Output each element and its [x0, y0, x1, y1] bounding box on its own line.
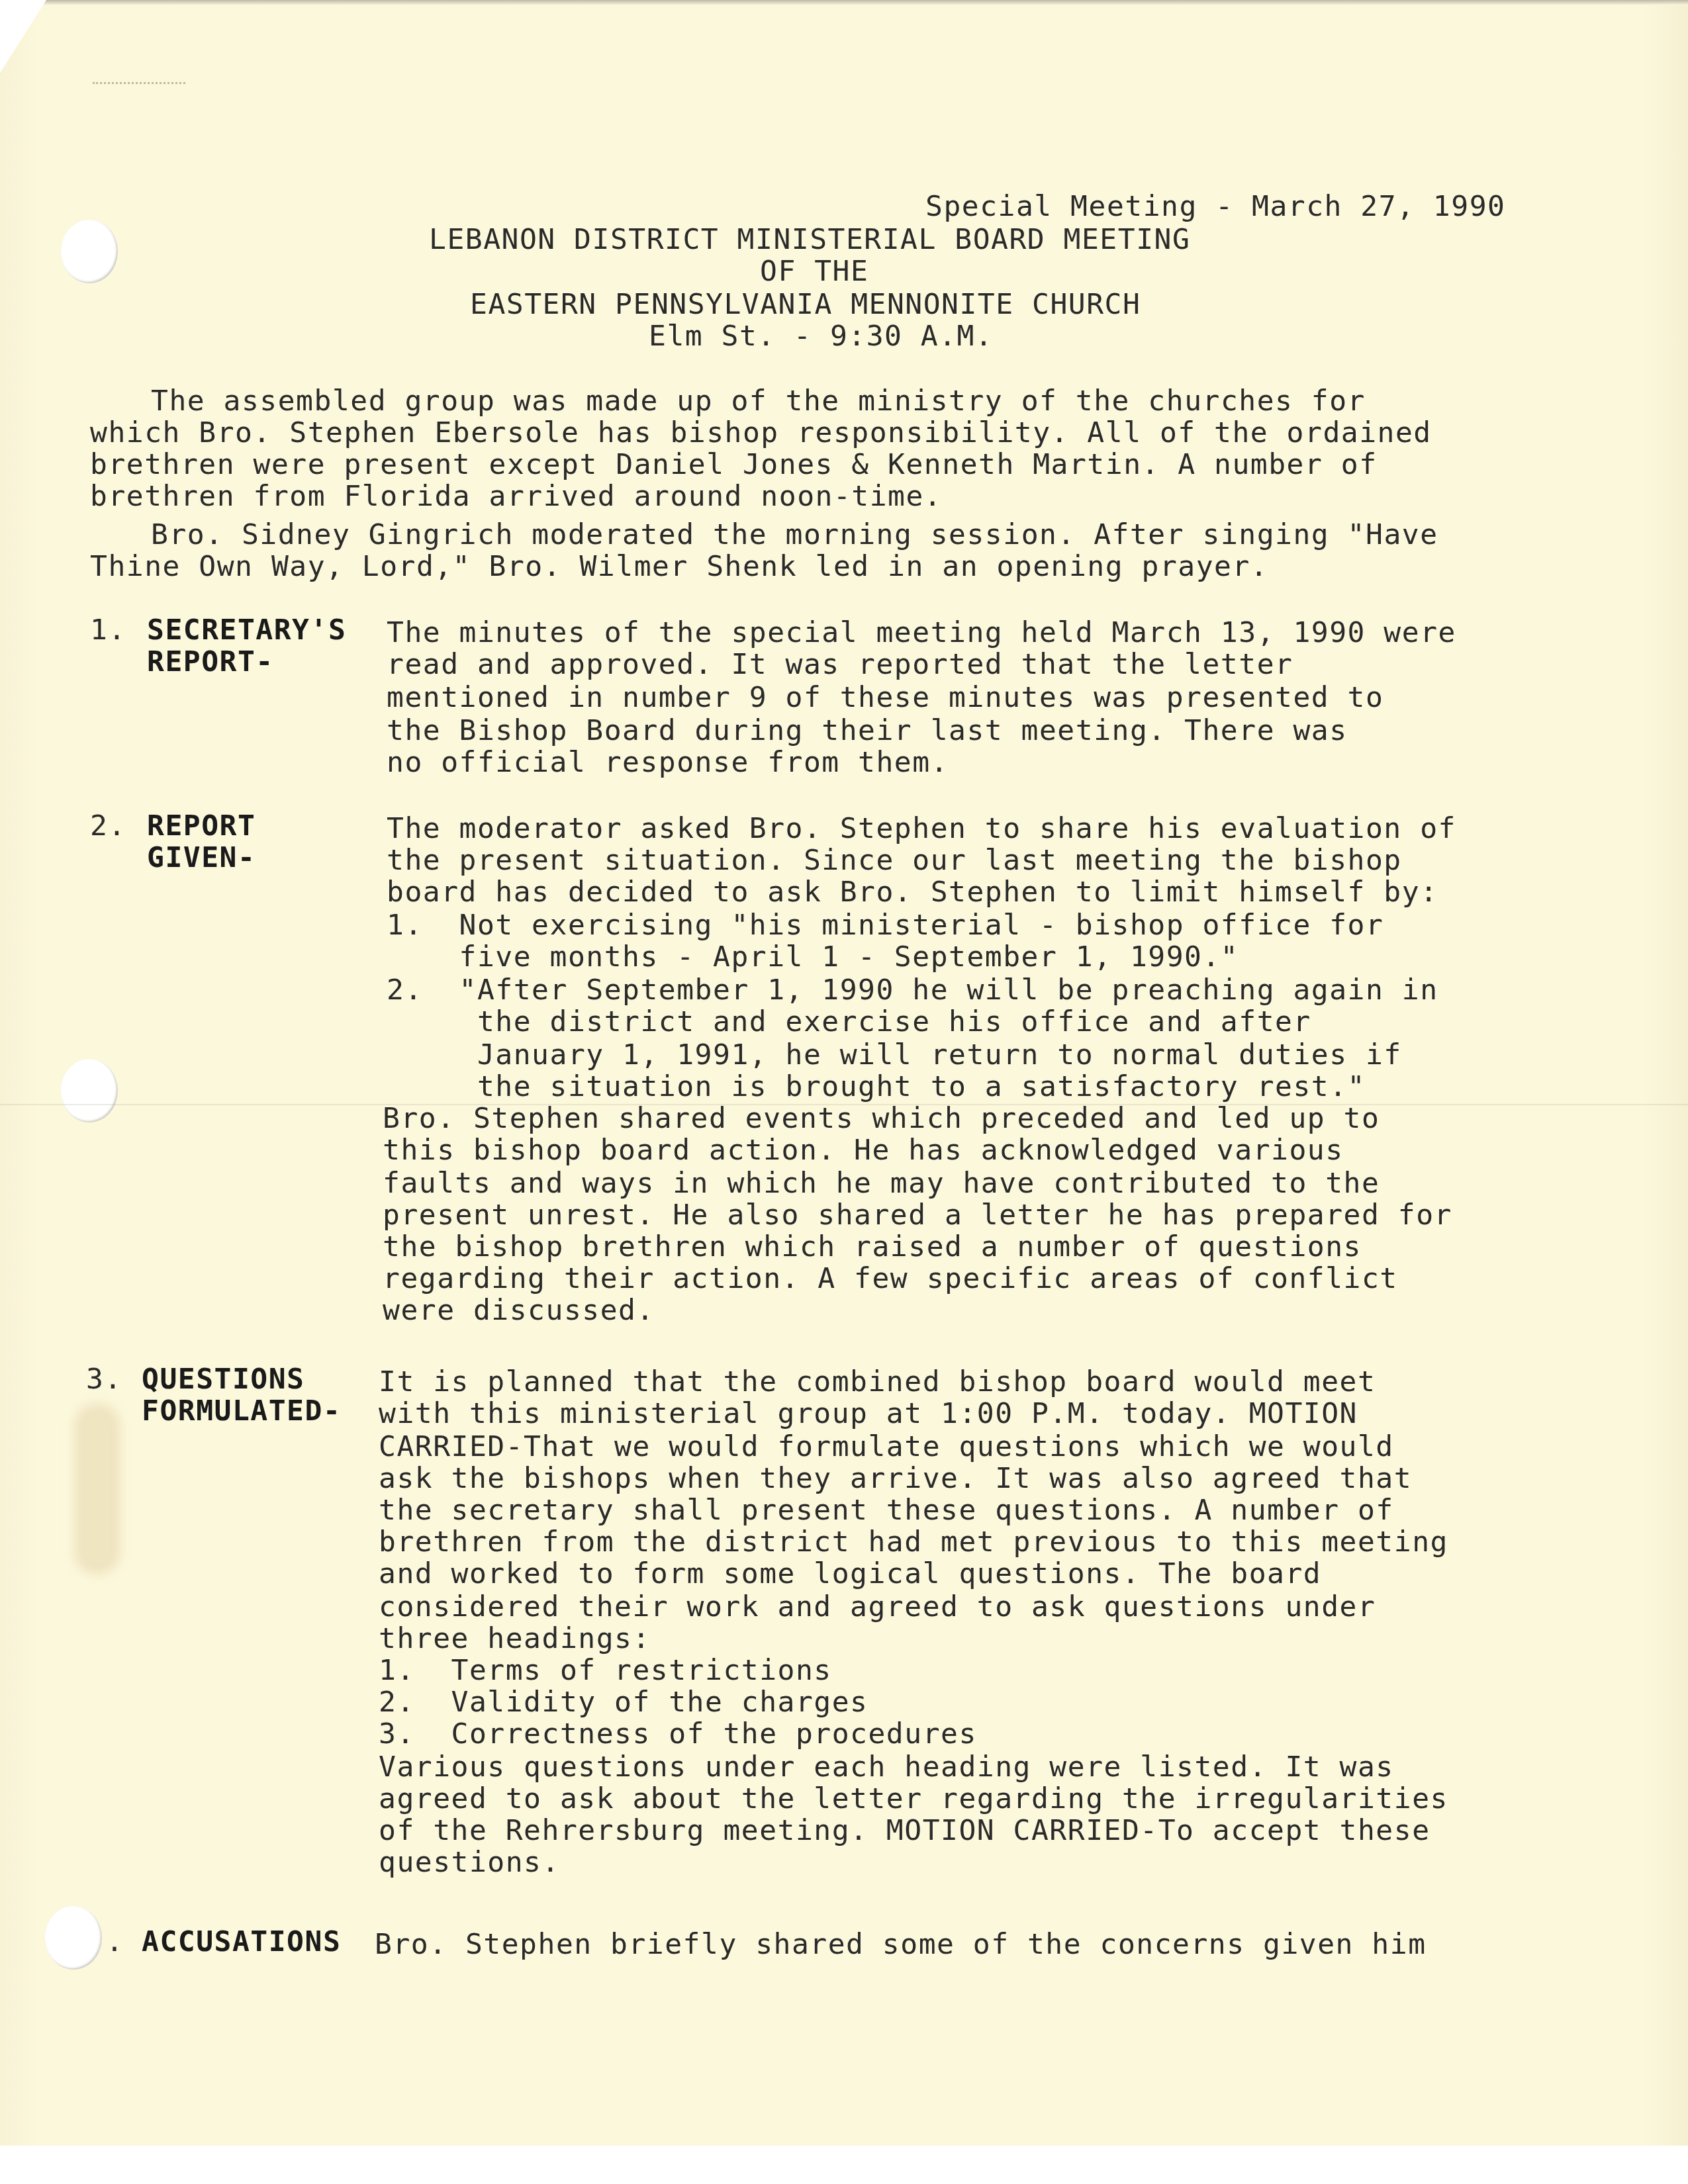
section-3-line: brethren from the district had met previ… — [379, 1526, 1448, 1558]
section-3-line: ask the bishops when they arrive. It was… — [379, 1463, 1412, 1494]
intro-line: The assembled group was made up of the m… — [151, 385, 1366, 417]
title-line-1: LEBANON DISTRICT MINISTERIAL BOARD MEETI… — [429, 224, 1190, 255]
section-3-number: 3. — [86, 1363, 122, 1395]
section-1-line: no official response from them. — [387, 747, 949, 778]
folded-corner — [0, 0, 46, 73]
section-3-line: the secretary shall present these questi… — [379, 1494, 1394, 1526]
section-3-heading: FORMULATED- — [142, 1395, 341, 1427]
intro-line: Bro. Sidney Gingrich moderated the morni… — [151, 519, 1438, 551]
section-1-line: read and approved. It was reported that … — [387, 649, 1293, 680]
section-2-line: present unrest. He also shared a letter … — [383, 1199, 1452, 1231]
section-2-line: the district and exercise his office and… — [387, 1006, 1311, 1038]
section-2-heading: GIVEN- — [147, 842, 256, 874]
section-4-heading: ACCUSATIONS — [142, 1926, 341, 1958]
section-3-list-item: 3. Correctness of the procedures — [379, 1718, 977, 1750]
page-top-edge — [0, 0, 1688, 5]
section-1-heading: SECRETARY'S — [147, 614, 346, 646]
section-3-list-item: 2. Validity of the charges — [379, 1686, 868, 1718]
section-2-line: 1. Not exercising "his ministerial - bis… — [387, 909, 1383, 941]
section-2-number: 2. — [90, 810, 126, 842]
section-3-line: agreed to ask about the letter regarding… — [379, 1783, 1448, 1815]
section-2-line: the situation is brought to a satisfacto… — [387, 1071, 1366, 1103]
title-line-4: Elm St. - 9:30 A.M. — [649, 320, 993, 352]
section-3-line: with this ministerial group at 1:00 P.M.… — [379, 1398, 1358, 1430]
intro-line: which Bro. Stephen Ebersole has bishop r… — [90, 417, 1432, 449]
section-2-heading: REPORT — [147, 810, 256, 842]
section-3-line: Various questions under each heading wer… — [379, 1751, 1394, 1783]
section-1-number: 1. — [90, 614, 126, 646]
punch-hole-bottom — [45, 1906, 102, 1970]
paper-stain — [74, 1403, 120, 1575]
meeting-date-line: Special Meeting - March 27, 1990 — [925, 191, 1505, 222]
intro-line: brethren from Florida arrived around noo… — [90, 480, 942, 512]
section-2-line: January 1, 1991, he will return to norma… — [387, 1039, 1402, 1071]
section-2-line: Bro. Stephen shared events which precede… — [383, 1103, 1380, 1134]
section-3-list-item: 1. Terms of restrictions — [379, 1655, 832, 1686]
section-3-line: considered their work and agreed to ask … — [379, 1591, 1376, 1623]
section-1-heading: REPORT- — [147, 646, 274, 678]
punch-hole-middle — [61, 1059, 118, 1122]
title-line-3: EASTERN PENNSYLVANIA MENNONITE CHURCH — [470, 289, 1141, 320]
section-2-line: the present situation. Since our last me… — [387, 844, 1402, 876]
section-2-line: were discussed. — [383, 1295, 655, 1326]
section-1-line: The minutes of the special meeting held … — [387, 617, 1456, 649]
section-4-line: Bro. Stephen briefly shared some of the … — [375, 1929, 1427, 1960]
section-3-line: and worked to form some logical question… — [379, 1558, 1321, 1590]
section-2-line: five months - April 1 - September 1, 199… — [387, 941, 1239, 973]
section-1-line: mentioned in number 9 of these minutes w… — [387, 682, 1383, 713]
title-line-2: OF THE — [760, 255, 868, 287]
section-3-line: CARRIED-That we would formulate question… — [379, 1431, 1394, 1463]
section-3-line: three headings: — [379, 1623, 651, 1655]
section-3-line: questions. — [379, 1846, 560, 1878]
section-1-line: the Bishop Board during their last meeti… — [387, 715, 1348, 747]
section-2-line: faults and ways in which he may have con… — [383, 1167, 1380, 1199]
section-3-heading: QUESTIONS — [142, 1363, 305, 1395]
section-4-number: . — [106, 1926, 124, 1958]
section-2-line: 2. "After September 1, 1990 he will be p… — [387, 974, 1438, 1006]
section-2-line: the bishop brethren which raised a numbe… — [383, 1231, 1362, 1263]
staple-mark — [93, 82, 185, 91]
section-3-line: of the Rehrersburg meeting. MOTION CARRI… — [379, 1815, 1430, 1846]
section-2-line: regarding their action. A few specific a… — [383, 1263, 1398, 1295]
intro-line: brethren were present except Daniel Jone… — [90, 449, 1378, 480]
punch-hole-top — [61, 220, 118, 283]
section-2-line: The moderator asked Bro. Stephen to shar… — [387, 813, 1456, 844]
intro-line: Thine Own Way, Lord," Bro. Wilmer Shenk … — [90, 551, 1268, 582]
section-3-line: It is planned that the combined bishop b… — [379, 1366, 1376, 1398]
section-2-line: board has decided to ask Bro. Stephen to… — [387, 876, 1438, 908]
section-2-line: this bishop board action. He has acknowl… — [383, 1134, 1344, 1166]
